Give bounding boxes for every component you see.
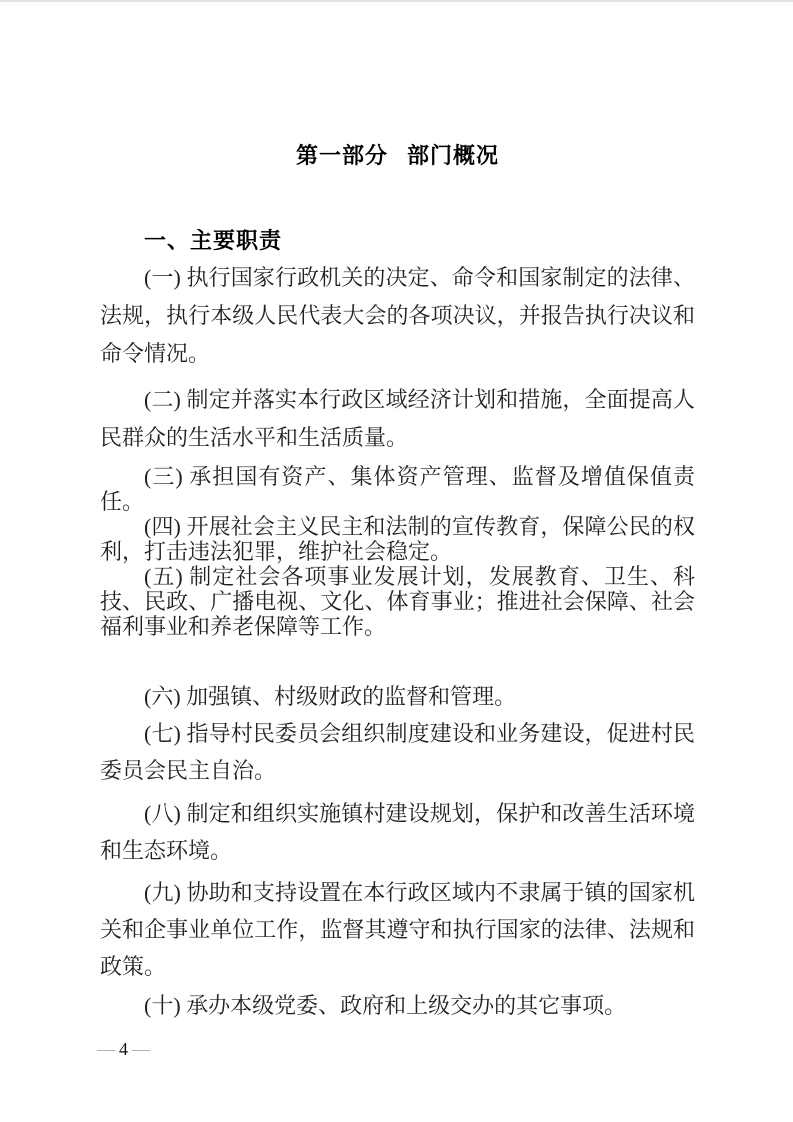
paragraph-item-8: (八) 制定和组织实施镇村建设规划，保护和改善生活环境和生态环境。 — [100, 795, 695, 869]
paragraph-item-2: (二) 制定并落实本行政区域经济计划和措施，全面提高人民群众的生活水平和生活质量… — [100, 381, 695, 457]
paragraph-item-7: (七) 指导村民委员会组织制度建设和业务建设，促进村民委员会民主自治。 — [100, 715, 695, 789]
section-heading: 一、主要职责 — [100, 224, 695, 258]
page-content: 第一部分 部门概况 一、主要职责 (一) 执行国家行政机关的决定、命令和国家制定… — [100, 0, 695, 1024]
paragraph-item-5: (五) 制定社会各项事业发展计划，发展教育、卫生、科技、民政、广播电视、文化、体… — [100, 564, 695, 639]
document-page: 第一部分 部门概况 一、主要职责 (一) 执行国家行政机关的决定、命令和国家制定… — [0, 0, 793, 1122]
paragraph-item-3: (三) 承担国有资产、集体资产管理、监督及增值保值责任。 — [100, 464, 695, 514]
paragraph-item-1: (一) 执行国家行政机关的决定、命令和国家制定的法律、法规，执行本级人民代表大会… — [100, 259, 695, 373]
page-footer: —4— — [97, 1038, 150, 1060]
paragraph-item-6: (六) 加强镇、村级财政的监督和管理。 — [100, 678, 695, 715]
paragraph-item-10: (十) 承办本级党委、政府和上级交办的其它事项。 — [100, 987, 695, 1024]
paragraph-item-9: (九) 协助和支持设置在本行政区域内不隶属于镇的国家机关和企事业单位工作，监督其… — [100, 874, 695, 985]
footer-left-dash: — — [97, 1039, 115, 1059]
body-text: (一) 执行国家行政机关的决定、命令和国家制定的法律、法规，执行本级人民代表大会… — [100, 259, 695, 1024]
page-title: 第一部分 部门概况 — [100, 0, 695, 172]
paragraph-item-4: (四) 开展社会主义民主和法制的宣传教育，保障公民的权利，打击违法犯罪，维护社会… — [100, 514, 695, 564]
page-number: 4 — [115, 1039, 132, 1059]
footer-right-dash: — — [132, 1039, 150, 1059]
